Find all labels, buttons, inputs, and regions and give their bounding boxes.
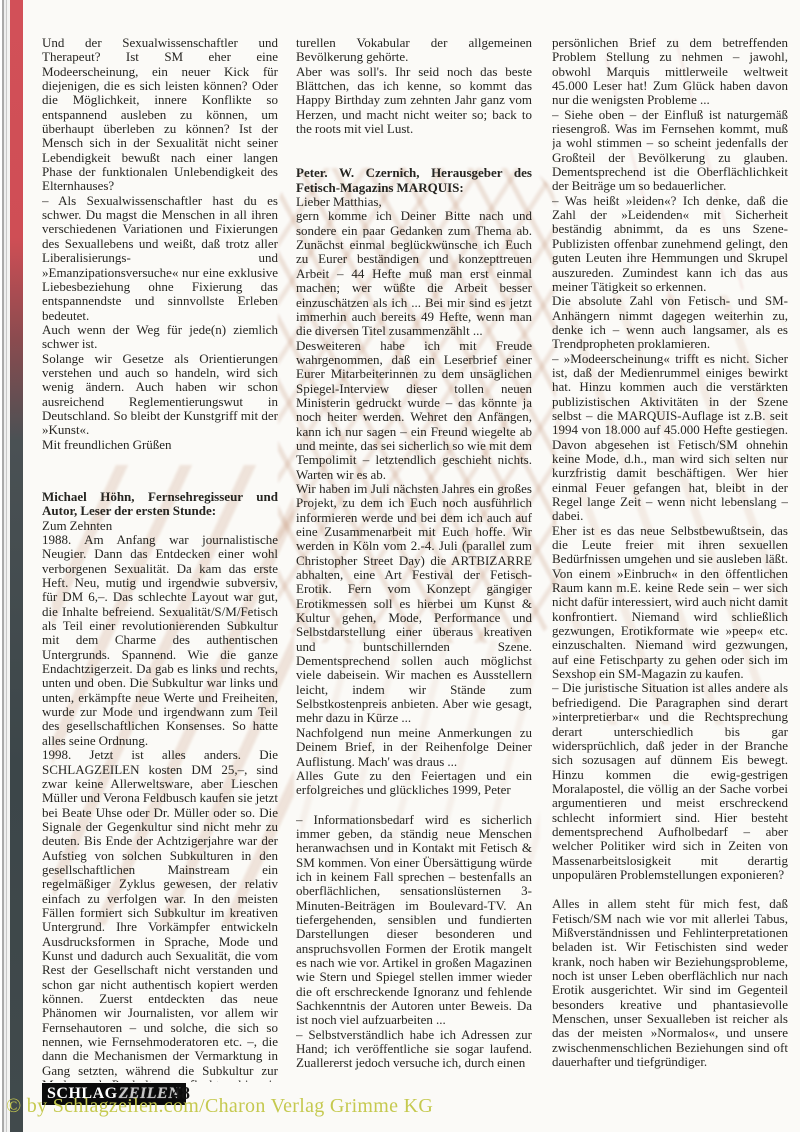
paragraph: Lieber Matthias, bbox=[296, 195, 532, 209]
text-column-2: turellen Vokabular der allgemeinen Bevöl… bbox=[296, 36, 532, 1082]
paragraph: Eher ist es das neue Selbstbewußtsein, d… bbox=[552, 524, 788, 682]
paragraph: – Selbstverständlich habe ich Adressen z… bbox=[296, 1028, 532, 1071]
paragraph: turellen Vokabular der allgemeinen Bevöl… bbox=[296, 36, 532, 65]
paragraph: Aber was soll's. Ihr seid noch das beste… bbox=[296, 65, 532, 137]
paragraph: persönlichen Brief zu dem betreffenden P… bbox=[552, 36, 788, 108]
paragraph: Nachfolgend nun meine Anmerkungen zu Dei… bbox=[296, 726, 532, 769]
paragraph: Desweiteren habe ich mit Freude wahrgeno… bbox=[296, 339, 532, 482]
scanned-magazine-page: Und der Sexualwissenschaftler und Therap… bbox=[0, 0, 800, 1132]
letter-author-heading: Michael Höhn, Fernsehregisseur und Autor… bbox=[42, 490, 278, 519]
paragraph: – Als Sexualwissenschaftler hast du es s… bbox=[42, 194, 278, 323]
paragraph: Und der Sexualwissenschaftler und Therap… bbox=[42, 36, 278, 194]
letter-author-heading: Peter. W. Czernich, Herausgeber des Feti… bbox=[296, 166, 532, 195]
paragraph: Alles in allem steht für mich fest, daß … bbox=[552, 897, 788, 1069]
text-column-1: Und der Sexualwissenschaftler und Therap… bbox=[42, 36, 278, 1082]
paragraph: Solange wir Gesetze als Orientierungen v… bbox=[42, 352, 278, 438]
paragraph: Alles Gute zu den Feiertagen und ein erf… bbox=[296, 769, 532, 798]
paragraph: Wir haben im Juli nächsten Jahres ein gr… bbox=[296, 482, 532, 726]
paragraph: Die absolute Zahl von Fetisch- und SM-An… bbox=[552, 294, 788, 351]
paragraph: – Informationsbedarf wird es sicherlich … bbox=[296, 813, 532, 1028]
paragraph: 1988. Am Anfang war journalistische Neug… bbox=[42, 533, 278, 748]
scan-edge-strip bbox=[0, 0, 10, 1132]
paragraph: Zum Zehnten bbox=[42, 519, 278, 533]
spine-color-bar bbox=[10, 0, 23, 1132]
paragraph: Auch wenn der Weg für jede(n) ziemlich s… bbox=[42, 323, 278, 352]
paragraph: Mit freundlichen Grüßen bbox=[42, 438, 278, 452]
paragraph: – Die juristische Situation ist alles an… bbox=[552, 681, 788, 882]
paragraph: – Siehe oben – der Einfluß ist naturgemä… bbox=[552, 108, 788, 194]
paragraph: – Was heißt »leiden«? Ich denke, daß die… bbox=[552, 194, 788, 294]
copyright-watermark: © by Schlagzeilen.com/Charon Verlag Grim… bbox=[6, 1095, 433, 1118]
text-column-3: persönlichen Brief zu dem betreffenden P… bbox=[552, 36, 788, 1082]
paragraph: gern komme ich Deiner Bitte nach und son… bbox=[296, 209, 532, 338]
paragraph: – »Modeerscheinung« trifft es nicht. Sic… bbox=[552, 352, 788, 524]
paragraph: 1998. Jetzt ist alles anders. Die SCHLAG… bbox=[42, 748, 278, 1082]
